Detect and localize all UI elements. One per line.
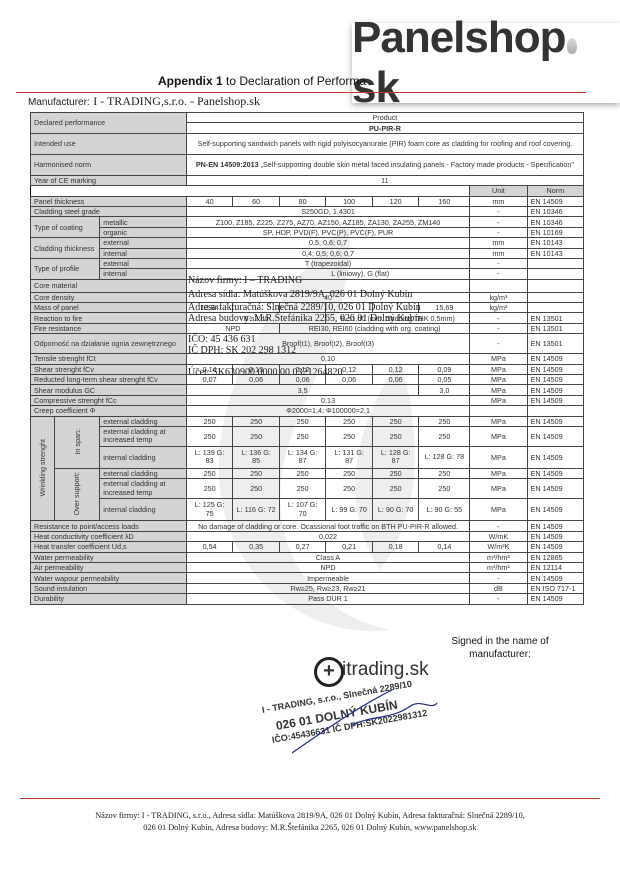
table-cell: 250 [326,416,373,426]
table-row: organicSP, HDP, PVD(F), PVC(P), PVC(F), … [31,227,584,237]
table-cell: kg/m² [470,303,527,313]
table-cell: Sound insulation [31,583,187,593]
table-cell: 0,54 [186,542,233,552]
table-row: Water wapour permeabilityImpermeable-EN … [31,573,584,583]
table-cell: external cladding at increased temp [100,479,187,499]
table-cell: internal [100,269,187,279]
table-cell [527,258,583,268]
table-cell: 250 [419,479,470,499]
table-cell: EN 14509 [527,479,583,499]
table-cell: MPa [470,426,527,446]
table-row: external cladding at increased temp 2502… [31,426,584,446]
table-row: external cladding at increased temp 2502… [31,479,584,499]
table-cell: 250 [233,479,280,499]
table-cell: MPa [470,375,527,385]
table-cell: NPD [186,562,469,572]
overlay-seat-address: Adresa sídla: Matúškova 2819/9A, 026 01 … [188,289,412,300]
table-cell: 0,06 [372,375,419,385]
table-cell: Durability [31,594,187,604]
table-cell: Over support: [54,468,99,520]
table-cell: L: 107 G: 70 [279,499,326,521]
table-row: Type of profileexternalT (trapezoidal)- [31,258,584,268]
table-cell: EN 14509 [527,542,583,552]
table-cell: L: 99 G: 70 [326,499,373,521]
table-cell: Z100, Z185, Z225, Z275, AZ70, AZ150, AZ1… [186,217,469,227]
harmonised-norm: PN-EN 14509:2013 „Self-supporting double… [186,154,583,175]
footer-address: Názov firmy: I - TRADING, s.r.o., Adresa… [20,810,600,834]
table-cell: Unit [470,186,527,196]
flame-icon [567,38,577,54]
table-cell: mm [470,248,527,258]
table-cell [470,406,527,416]
table-cell: m³/hm² [470,562,527,572]
table-cell: 250 [372,468,419,478]
table-cell: 0,14 [419,542,470,552]
table-cell: 0,09 [419,364,470,374]
table-cell: Type of profile [31,258,100,279]
table-cell: EN 14509 [527,354,583,364]
table-row: Creep coefficient ΦΦ2000=1,4; Φ100000=2,… [31,406,584,416]
footer-divider [20,798,600,799]
table-cell: mm [470,238,527,248]
table-row: Cladding steel gradeS250GD, 1.4301-EN 10… [31,206,584,216]
table-cell: - [470,323,527,333]
table-cell: MPa [470,479,527,499]
overlay-billing-address: Adresa fakturačná: Slnečná 2289/10, 026 … [188,302,421,313]
table-cell: 250 [279,468,326,478]
table-cell: Class A [186,552,469,562]
table-cell: In span: [54,416,99,468]
overlay-company-name: Názov firmy: I – TRADING [188,275,302,286]
table-cell [527,292,583,302]
table-cell: EN 10346 [527,217,583,227]
table-cell: EN 14509 [527,426,583,446]
table-cell: 0,27 [279,542,326,552]
table-cell: 3,0 [419,385,470,395]
table-cell: Mass of panel [31,303,187,313]
table-row: Heat transfer coefficient Ud,s 0,540,350… [31,542,584,552]
table-cell [527,279,583,292]
table-cell: MPa [470,416,527,426]
table-cell: Rw≥25, Rw≥23, Rw≥21 [186,583,469,593]
table-cell: Compressive strenght fCc [31,395,187,405]
table-cell: 250 [326,468,373,478]
table-cell: Shear modulus GC [31,385,187,395]
table-cell: Heat transfer coefficient Ud,s [31,542,187,552]
table-cell: dB [470,583,527,593]
table-cell: Heat conductivity coefficient λD [31,531,187,541]
table-cell: 100 [326,196,373,206]
table-cell: Water permeability [31,552,187,562]
table-cell: 250 [186,468,233,478]
table-cell: 3,5 [186,385,419,395]
table-cell: Resistance to point/access loads [31,521,187,531]
table-cell: internal cladding [100,446,187,468]
table-row: Shear modulus GC3,53,0MPaEN 14509 [31,385,584,395]
table-cell: 60 [233,196,280,206]
table-cell: EN 14509 [527,531,583,541]
table-cell: Norm [527,186,583,196]
overlay-building-address: Adresa budovy: M.R.Štefánika 2265, 026 0… [188,313,422,324]
table-cell: EN 14509 [527,521,583,531]
table-cell: 250 [233,426,280,446]
table-cell: L: 131 G: 87 [326,446,373,468]
table-cell: 0,21 [326,542,373,552]
overlay-account: Účet: SK630900 0000 00 0321264820 [188,367,342,378]
table-cell: MPa [470,468,527,478]
table-cell: 11 [186,175,583,185]
table-cell [470,279,527,292]
table-row: Fire resistanceNPDREI30, REI60 (cladding… [31,323,584,333]
table-cell: EN 14509 [527,385,583,395]
table-cell: 0,5; 0,6; 0,7 [186,238,469,248]
table-cell: L: 116 G: 72 [233,499,280,521]
table-cell: Impermeable [186,573,469,583]
table-cell: 250 [419,426,470,446]
table-row: DurabilityPass DUR 1-EN 14509 [31,594,584,604]
table-cell: organic [100,227,187,237]
table-cell: Reaction to fire [31,313,187,323]
table-row: Sound insulationRw≥25, Rw≥23, Rw≥21dBEN … [31,583,584,593]
table-cell: S250GD, 1.4301 [186,206,469,216]
table-cell: L: 128 G: 78 [419,446,470,468]
table-cell: Air permeability [31,562,187,572]
table-cell: external cladding [100,416,187,426]
table-cell: - [470,594,527,604]
table-cell: - [470,573,527,583]
table-cell: 250 [326,479,373,499]
table-cell: Odporność na działanie ognia zewnętrzneg… [31,334,187,354]
table-cell: - [470,521,527,531]
table-cell: EN 14509 [527,468,583,478]
table-cell: - [470,206,527,216]
stamp-brand: itrading.sk [342,659,429,681]
table-cell: MPa [470,385,527,395]
table-cell: EN 14509 [527,395,583,405]
table-cell: 250 [372,426,419,446]
table-cell: SP, HDP, PVD(F), PVC(P), PVC(F), PUR [186,227,469,237]
table-cell: Creep coefficient Φ [31,406,187,416]
table-cell: 0,18 [372,542,419,552]
table-cell: Φ2000=1,4; Φ100000=2,1 [186,406,469,416]
table-row: internal0,4; 0,5; 0,6; 0,7mmEN 10143 [31,248,584,258]
table-cell: MPa [470,364,527,374]
table-cell: kg/m³ [470,292,527,302]
table-row: Cladding thicknessexternal0,5; 0,6; 0,7m… [31,238,584,248]
table-cell: 0,13 [186,395,469,405]
table-row: internalL (liniowy), G (flat)- [31,269,584,279]
table-cell: L: 128 G: 87 [372,446,419,468]
table-cell: 250 [186,416,233,426]
table-cell: 250 [233,416,280,426]
table-row: Compressive strenght fCc0,13MPaEN 14509 [31,395,584,405]
table-cell: EN 10346 [527,206,583,216]
table-cell: 250 [186,479,233,499]
table-cell: 0,022 [186,531,469,541]
table-cell: Cladding thickness [31,238,100,259]
table-cell: 0,35 [233,542,280,552]
table-cell: L: 134 G: 87 [279,446,326,468]
header-divider [16,92,586,93]
table-row: Odporność na działanie ognia zewnętrzneg… [31,334,584,354]
table-cell: - [470,217,527,227]
table-cell: Water wapour permeability [31,573,187,583]
table-cell: 0,12 [372,364,419,374]
table-cell: 40 [186,196,233,206]
table-cell: EN 10143 [527,248,583,258]
table-cell: - [470,269,527,279]
appendix-title: Appendix 1 to Declaration of Performa [158,74,366,88]
intended-use: Self-supporting sandwich panels with rig… [186,133,583,154]
table-cell: Type of coating [31,217,100,238]
table-cell: mm [470,196,527,206]
table-cell: 250 [326,426,373,446]
table-cell: internal cladding [100,499,187,521]
table-cell [31,186,470,196]
table-cell: 250 [186,426,233,446]
table-row: Resistance to point/access loadsNo damag… [31,521,584,531]
table-cell: external [100,258,187,268]
table-cell: - [470,313,527,323]
table-cell: internal [100,248,187,258]
table-cell: EN 13501 [527,313,583,323]
table-cell: EN 14509 [527,446,583,468]
table-row: Tensile strenght fCt0,10MPaEN 14509 [31,354,584,364]
product-label: Product [186,113,583,123]
table-cell: Harmonised norm [31,154,187,175]
table-cell: Core density [31,292,187,302]
signature-scribble-icon [292,685,442,755]
table-cell: 250 [233,468,280,478]
table-cell: 250 [279,426,326,446]
table-row: internal cladding L: 125 G: 75L: 116 G: … [31,499,584,521]
table-cell: external cladding [100,468,187,478]
table-cell: 160 [419,196,470,206]
table-cell: EN 14509 [527,196,583,206]
table-cell: EN 13501 [527,334,583,354]
company-stamp: + itrading.sk I - TRADING, s.r.o., Slneč… [312,655,512,745]
table-cell: REI30, REI60 (cladding with org. coating… [279,323,469,333]
table-cell: 250 [279,416,326,426]
table-cell: Reducted long-term shear strenght fCv [31,375,187,385]
table-cell: Pass DUR 1 [186,594,469,604]
table-cell: L: 139 G: 83 [186,446,233,468]
table-cell: 250 [372,416,419,426]
table-cell: 0,05 [419,375,470,385]
table-cell: - [470,227,527,237]
table-cell: Panel thickness [31,196,187,206]
table-cell: L: 125 G: 75 [186,499,233,521]
table-cell: MPa [470,499,527,521]
table-cell: Cladding steel grade [31,206,187,216]
table-cell: - [470,334,527,354]
table-row: Air permeabilityNPDm³/hm²EN 12114 [31,562,584,572]
table-cell: EN ISO 717-1 [527,583,583,593]
table-cell [527,406,583,416]
table-cell: Core material [31,279,187,292]
table-cell: EN 14509 [527,573,583,583]
table-row: Heat conductivity coefficient λD0,022W/m… [31,531,584,541]
table-cell: MPa [470,446,527,468]
table-cell: Shear strenght fCv [31,364,187,374]
table-row: Type of coatingmetallicZ100, Z185, Z225,… [31,217,584,227]
table-cell: 250 [419,416,470,426]
table-cell: EN 14509 [527,416,583,426]
table-row: Panel thickness 406080100120160 mmEN 145… [31,196,584,206]
overlay-ico: IČO: 45 436 631 [188,334,256,345]
table-cell [527,303,583,313]
table-cell: Intended use [31,133,187,154]
table-cell: 15,69 [419,303,470,313]
product-name: PU-PIR-R [186,123,583,133]
table-cell: T (trapezoidal) [186,258,469,268]
table-cell: MPa [470,354,527,364]
table-cell: 250 [372,479,419,499]
table-cell: Fire resistance [31,323,187,333]
table-cell: W/mK [470,531,527,541]
table-cell [527,269,583,279]
table-cell: W/m²K [470,542,527,552]
table-row: Water permeabilityClass Am³/hm²EN 12865 [31,552,584,562]
plus-circle-icon: + [314,657,344,687]
table-cell: m³/hm² [470,552,527,562]
manufacturer-line: Manufacturer: I - TRADING,s.r.o. - Panel… [28,94,260,109]
table-row: Wrinkling strenght In span: external cla… [31,416,584,426]
table-cell: L: 90 G: 55 [419,499,470,521]
logo-text: Panelshop [352,13,566,62]
table-cell: 250 [279,479,326,499]
table-cell: 250 [419,468,470,478]
table-cell: MPa [470,395,527,405]
table-cell: EN 12865 [527,552,583,562]
table-cell: EN 14509 [527,375,583,385]
table-cell: 0,4; 0,5; 0,6; 0,7 [186,248,469,258]
performance-table: Declared performanceProduct PU-PIR-R Int… [30,112,584,605]
table-cell: external [100,238,187,248]
overlay-dic: IČ DPH: SK 202 298 1312 [188,345,296,356]
table-cell: Tensile strenght fCt [31,354,187,364]
table-cell: EN 14509 [527,364,583,374]
table-cell: L: 136 G: 85 [233,446,280,468]
table-cell: 80 [279,196,326,206]
table-cell: EN 14509 [527,594,583,604]
table-cell: EN 12114 [527,562,583,572]
wrinkling-label: Wrinkling strenght [31,416,55,521]
table-cell: L: 90 G: 70 [372,499,419,521]
table-cell: EN 14509 [527,499,583,521]
table-row: internal cladding L: 139 G: 83L: 136 G: … [31,446,584,468]
table-cell: No damage of cladding or core. Ocassiona… [186,521,469,531]
table-cell: metallic [100,217,187,227]
table-cell: external cladding at increased temp [100,426,187,446]
table-cell: 120 [372,196,419,206]
declared-performance-label: Declared performance [31,113,187,134]
table-row: Over support: external cladding 25025025… [31,468,584,478]
table-cell: EN 10143 [527,238,583,248]
table-cell: EN 10169 [527,227,583,237]
table-cell: Year of CE marking [31,175,187,185]
panelshop-logo: Panelshopsk [352,23,620,103]
table-cell: NPD [186,323,279,333]
table-cell: - [470,258,527,268]
table-cell: EN 13501 [527,323,583,333]
